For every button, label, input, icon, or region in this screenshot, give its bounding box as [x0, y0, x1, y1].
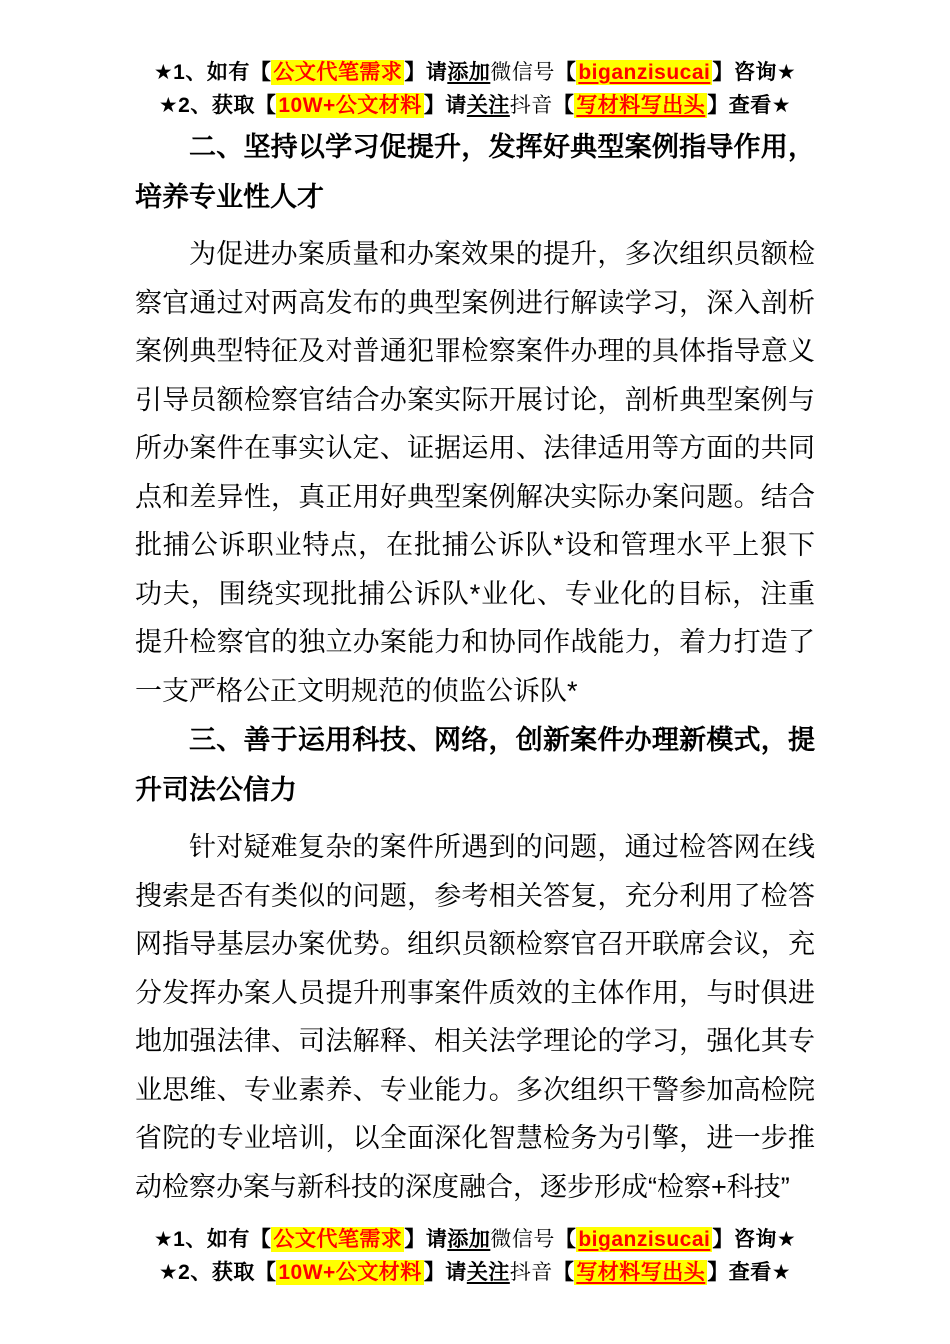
ad-segment: 】请 — [424, 1261, 467, 1284]
ad-segment: 】查看★ — [707, 94, 791, 117]
ad-segment: 微信号 — [490, 61, 555, 84]
ad-segment: ★2、获取【 — [159, 1261, 277, 1284]
ad-banner-bottom: ★1、如有【公文代笔需求】请添加微信号【biganzisucai】咨询★ ★2、… — [135, 1223, 815, 1289]
ad-segment: 】请 — [404, 1228, 447, 1251]
ad-banner-top: ★1、如有【公文代笔需求】请添加微信号【biganzisucai】咨询★ ★2、… — [135, 56, 815, 122]
ad-segment: 关注 — [467, 1261, 510, 1284]
ad-segment: 关注 — [467, 94, 510, 117]
ad-segment: 】咨询★ — [712, 1228, 796, 1251]
document-body: 二、坚持以学习促提升，发挥好典型案例指导作用，培养专业性人才 为促进办案质量和办… — [135, 122, 815, 1211]
ad-segment: 抖音 — [510, 94, 553, 117]
ad-segment: 公文代笔需求 — [271, 1227, 404, 1252]
ad-banner-bottom-line-2: ★2、获取【10W+公文材料】请关注抖音【写材料写出头】查看★ — [135, 1256, 815, 1289]
ad-segment: 抖音 — [510, 1261, 553, 1284]
section-3: 三、善于运用科技、网络，创新案件办理新模式，提升司法公信力 针对疑难复杂的案件所… — [135, 715, 815, 1211]
ad-segment: ★1、如有【 — [154, 1228, 272, 1251]
ad-segment: 10W+公文材料 — [276, 93, 423, 118]
ad-segment: 写材料写出头 — [574, 1260, 707, 1285]
ad-segment: 】请 — [404, 61, 447, 84]
ad-segment: 微信号 — [490, 1228, 555, 1251]
ad-segment: 】咨询★ — [712, 61, 796, 84]
ad-banner-top-line-2: ★2、获取【10W+公文材料】请关注抖音【写材料写出头】查看★ — [135, 89, 815, 122]
section-2: 二、坚持以学习促提升，发挥好典型案例指导作用，培养专业性人才 为促进办案质量和办… — [135, 122, 815, 715]
document-content-column: ★1、如有【公文代笔需求】请添加微信号【biganzisucai】咨询★ ★2、… — [135, 56, 815, 1289]
ad-segment: 添加 — [447, 61, 490, 84]
document-page: ★1、如有【公文代笔需求】请添加微信号【biganzisucai】咨询★ ★2、… — [0, 0, 950, 1344]
ad-segment: ★2、获取【 — [159, 94, 277, 117]
ad-segment: 添加 — [447, 1228, 490, 1251]
ad-segment: 【 — [555, 1228, 577, 1251]
ad-banner-bottom-line-1: ★1、如有【公文代笔需求】请添加微信号【biganzisucai】咨询★ — [135, 1223, 815, 1256]
section-3-paragraph: 针对疑难复杂的案件所遇到的问题，通过检答网在线搜索是否有类似的问题，参考相关答复… — [135, 823, 815, 1211]
ad-segment: 【 — [553, 1261, 575, 1284]
ad-segment: 】请 — [424, 94, 467, 117]
ad-segment: 公文代笔需求 — [271, 60, 404, 85]
ad-banner-top-line-1: ★1、如有【公文代笔需求】请添加微信号【biganzisucai】咨询★ — [135, 56, 815, 89]
section-2-heading: 二、坚持以学习促提升，发挥好典型案例指导作用，培养专业性人才 — [135, 122, 815, 222]
section-3-heading: 三、善于运用科技、网络，创新案件办理新模式，提升司法公信力 — [135, 715, 815, 815]
ad-segment: 10W+公文材料 — [276, 1260, 423, 1285]
section-2-paragraph: 为促进办案质量和办案效果的提升，多次组织员额检察官通过对两高发布的典型案例进行解… — [135, 230, 815, 715]
ad-segment: 】查看★ — [707, 1261, 791, 1284]
ad-segment: 【 — [553, 94, 575, 117]
ad-segment: biganzisucai — [576, 1227, 712, 1252]
ad-segment: biganzisucai — [576, 60, 712, 85]
ad-segment: ★1、如有【 — [154, 61, 272, 84]
ad-segment: 写材料写出头 — [574, 93, 707, 118]
ad-segment: 【 — [555, 61, 577, 84]
